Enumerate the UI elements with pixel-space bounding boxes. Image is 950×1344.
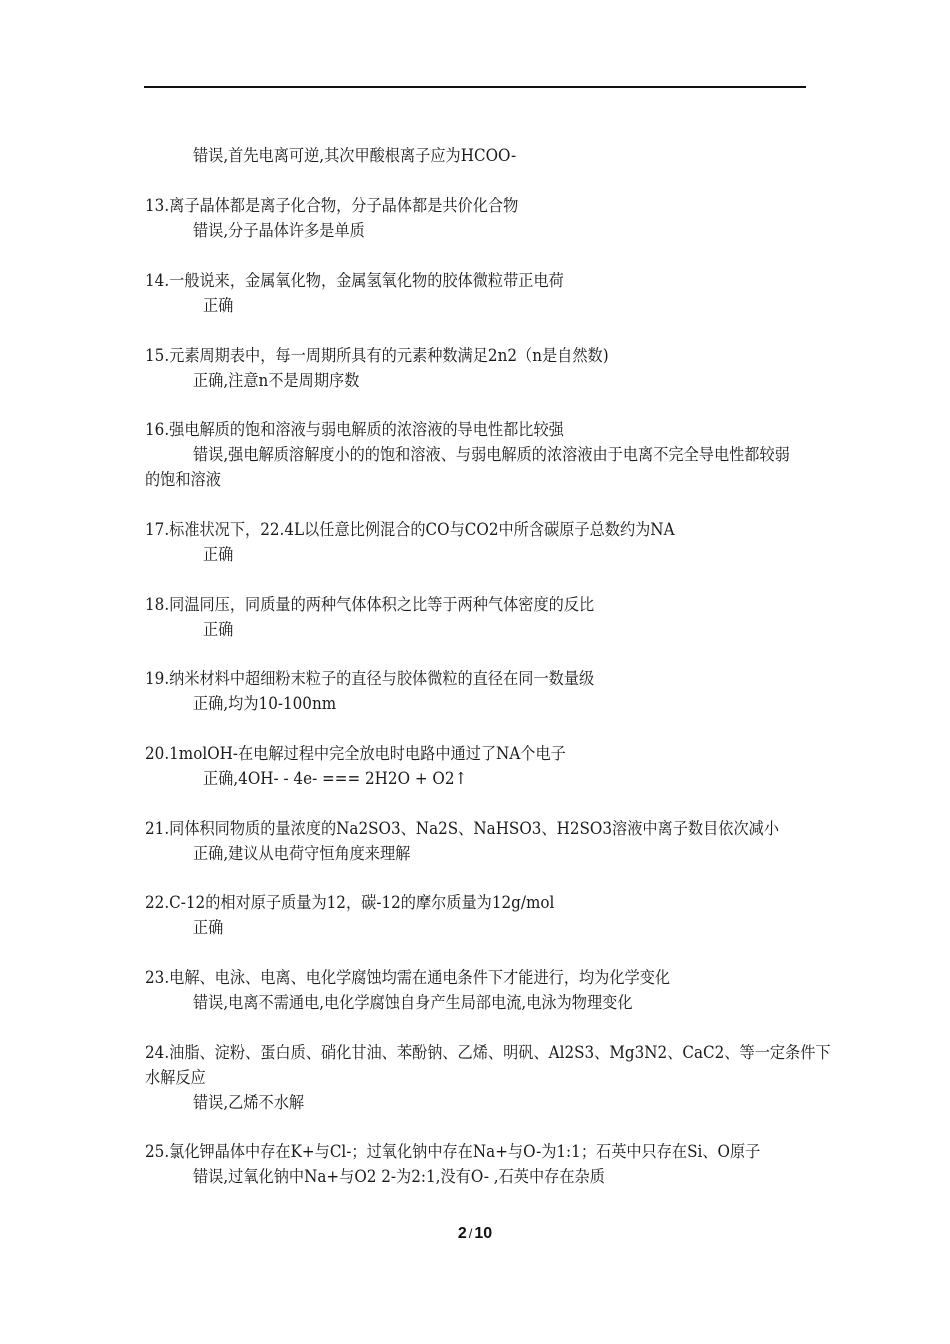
answer-15: 正确,注意n不是周期序数 <box>193 370 359 392</box>
question-25: 25.氯化钾晶体中存在K+与Cl-；过氧化钠中存在Na+与O-为1:1；石英中只… <box>145 1141 760 1163</box>
header-rule <box>144 86 806 88</box>
answer-23: 错误,电离不需通电,电化学腐蚀自身产生局部电流,电泳为物理变化 <box>193 992 633 1014</box>
question-13: 13.离子晶体都是离子化合物，分子晶体都是共价化合物 <box>145 195 518 217</box>
page-separator: / <box>469 1226 473 1241</box>
question-24-continued: 水解反应 <box>145 1067 206 1089</box>
answer-16: 错误,强电解质溶解度小的的饱和溶液、与弱电解质的浓溶液由于电离不完全导电性都较弱 <box>193 444 790 466</box>
answer-25: 错误,过氧化钠中Na+与O2 2-为2:1,没有O- ,石英中存在杂质 <box>193 1166 605 1188</box>
answer-20: 正确,4OH- - 4e- === 2H2O + O2↑ <box>203 768 467 790</box>
answer-16-continued: 的饱和溶液 <box>145 469 221 491</box>
answer-21: 正确,建议从电荷守恒角度来理解 <box>193 843 410 865</box>
answer-18: 正确 <box>203 619 233 641</box>
question-24: 24.油脂、淀粉、蛋白质、硝化甘油、苯酚钠、乙烯、明矾、Al2S3、Mg3N2、… <box>145 1042 831 1064</box>
answer-12: 错误,首先电离可逆,其次甲酸根离子应为HCOO- <box>193 145 516 167</box>
question-17: 17.标准状况下，22.4L以任意比例混合的CO与CO2中所含碳原子总数约为NA <box>145 519 675 541</box>
answer-13: 错误,分子晶体许多是单质 <box>193 220 365 242</box>
question-14: 14.一般说来，金属氧化物，金属氢氧化物的胶体微粒带正电荷 <box>145 270 564 292</box>
answer-17: 正确 <box>203 544 233 566</box>
answer-22: 正确 <box>193 917 223 939</box>
page-total: 10 <box>474 1225 492 1242</box>
question-23: 23.电解、电泳、电离、电化学腐蚀均需在通电条件下才能进行，均为化学变化 <box>145 967 670 989</box>
page-current: 2 <box>458 1225 467 1242</box>
page-number: 2/10 <box>0 1225 950 1243</box>
answer-24: 错误,乙烯不水解 <box>193 1092 304 1114</box>
answer-14: 正确 <box>203 295 233 317</box>
question-22: 22.C-12的相对原子质量为12，碳-12的摩尔质量为12g/mol <box>145 892 554 914</box>
question-20: 20.1molOH-在电解过程中完全放电时电路中通过了NA个电子 <box>145 743 566 765</box>
question-16: 16.强电解质的饱和溶液与弱电解质的浓溶液的导电性都比较强 <box>145 419 564 441</box>
question-21: 21.同体积同物质的量浓度的Na2SO3、Na2S、NaHSO3、H2SO3溶液… <box>145 818 779 840</box>
question-19: 19.纳米材料中超细粉末粒子的直径与胶体微粒的直径在同一数量级 <box>145 668 594 690</box>
question-15: 15.元素周期表中，每一周期所具有的元素种数满足2n2（n是自然数) <box>145 345 609 367</box>
answer-19: 正确,均为10-100nm <box>193 693 336 715</box>
question-18: 18.同温同压，同质量的两种气体体积之比等于两种气体密度的反比 <box>145 594 594 616</box>
